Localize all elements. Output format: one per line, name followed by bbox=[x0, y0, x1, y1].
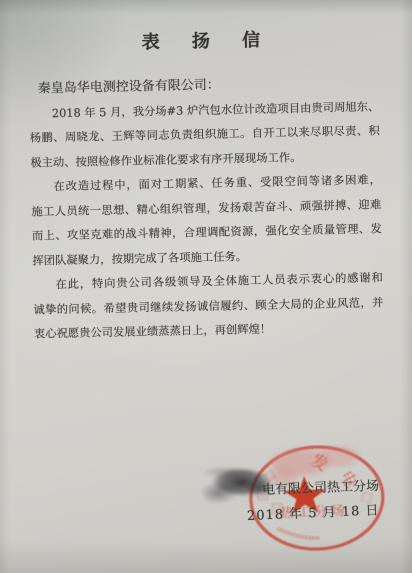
photographed-letter: 表 扬 信 秦皇岛华电测控设备有限公司： 2018 年 5 月，我分场#3 炉汽… bbox=[0, 0, 412, 573]
letter-body: 2018 年 5 月，我分场#3 炉汽包水位计改造项目由贵司周旭东、杨鹏、周晓龙… bbox=[29, 95, 384, 347]
letter-title: 表 扬 信 bbox=[0, 23, 407, 58]
letter-salutation: 秦皇岛华电测控设备有限公司： bbox=[38, 70, 408, 97]
redaction-smudge bbox=[201, 463, 271, 509]
